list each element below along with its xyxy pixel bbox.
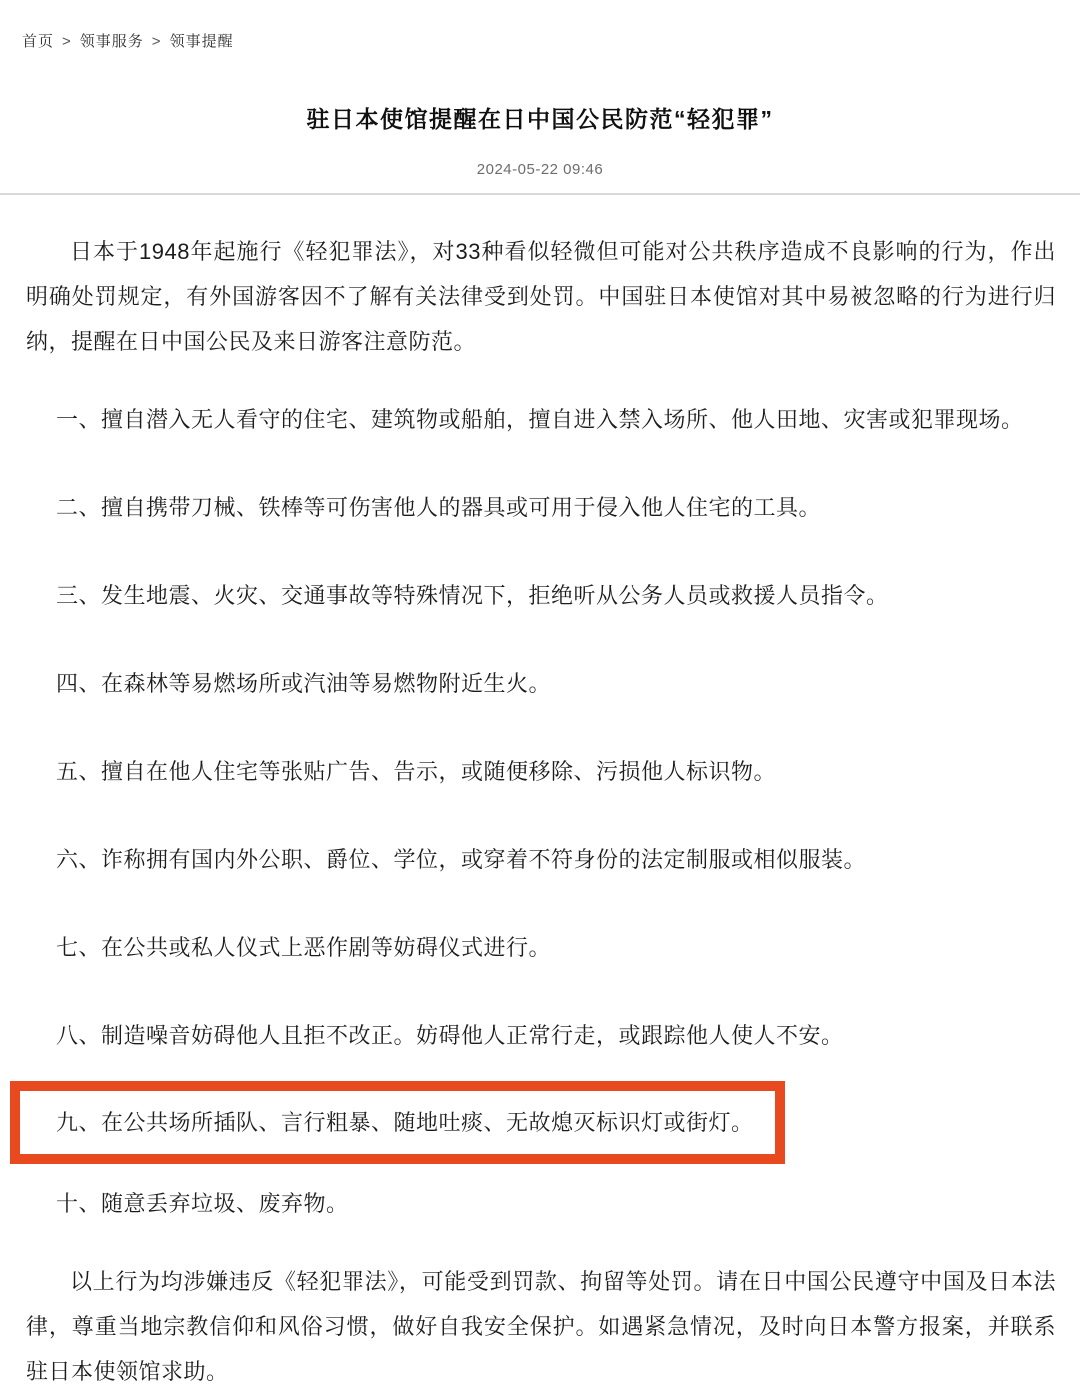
- header-divider: [0, 193, 1080, 195]
- breadcrumb-separator: >: [62, 33, 72, 50]
- breadcrumb-link-consular-services[interactable]: 领事服务: [80, 33, 144, 50]
- crime-item-6: 六、诈称拥有国内外公职、爵位、学位，或穿着不符身份的法定制服或相似服装。: [26, 844, 1056, 875]
- breadcrumb-link-consular-notice[interactable]: 领事提醒: [170, 33, 234, 50]
- crime-item-5: 五、擅自在他人住宅等张贴广告、告示，或随便移除、污损他人标识物。: [26, 756, 1056, 787]
- intro-paragraph: 日本于1948年起施行《轻犯罪法》，对33种看似轻微但可能对公共秩序造成不良影响…: [26, 229, 1056, 364]
- crime-item-8: 八、制造噪音妨碍他人且拒不改正。妨碍他人正常行走，或跟踪他人使人不安。: [26, 1020, 1056, 1051]
- highlight-box: 九、在公共场所插队、言行粗暴、随地吐痰、无故熄灭标识灯或街灯。: [10, 1081, 785, 1164]
- crime-item-10: 十、随意丢弃垃圾、废弃物。: [26, 1188, 1056, 1219]
- closing-paragraph: 以上行为均涉嫌违反《轻犯罪法》，可能受到罚款、拘留等处罚。请在日中国公民遵守中国…: [26, 1259, 1056, 1390]
- breadcrumb-link-home[interactable]: 首页: [22, 33, 54, 50]
- breadcrumb: 首页>领事服务>领事提醒: [0, 0, 1080, 51]
- crime-item-3: 三、发生地震、火灾、交通事故等特殊情况下，拒绝听从公务人员或救援人员指令。: [26, 580, 1056, 611]
- crime-item-1: 一、擅自潜入无人看守的住宅、建筑物或船舶，擅自进入禁入场所、他人田地、灾害或犯罪…: [26, 404, 1056, 435]
- crime-item-9: 九、在公共场所插队、言行粗暴、随地吐痰、无故熄灭标识灯或街灯。: [20, 1107, 759, 1138]
- article-body: 日本于1948年起施行《轻犯罪法》，对33种看似轻微但可能对公共秩序造成不良影响…: [0, 229, 1080, 1390]
- crime-item-7: 七、在公共或私人仪式上恶作剧等妨碍仪式进行。: [26, 932, 1056, 963]
- article-title: 驻日本使馆提醒在日中国公民防范“轻犯罪”: [0, 101, 1080, 134]
- article-date: 2024-05-22 09:46: [0, 161, 1080, 178]
- crime-item-2: 二、擅自携带刀械、铁棒等可伤害他人的器具或可用于侵入他人住宅的工具。: [26, 492, 1056, 523]
- crime-item-4: 四、在森林等易燃场所或汽油等易燃物附近生火。: [26, 668, 1056, 699]
- breadcrumb-separator: >: [152, 33, 162, 50]
